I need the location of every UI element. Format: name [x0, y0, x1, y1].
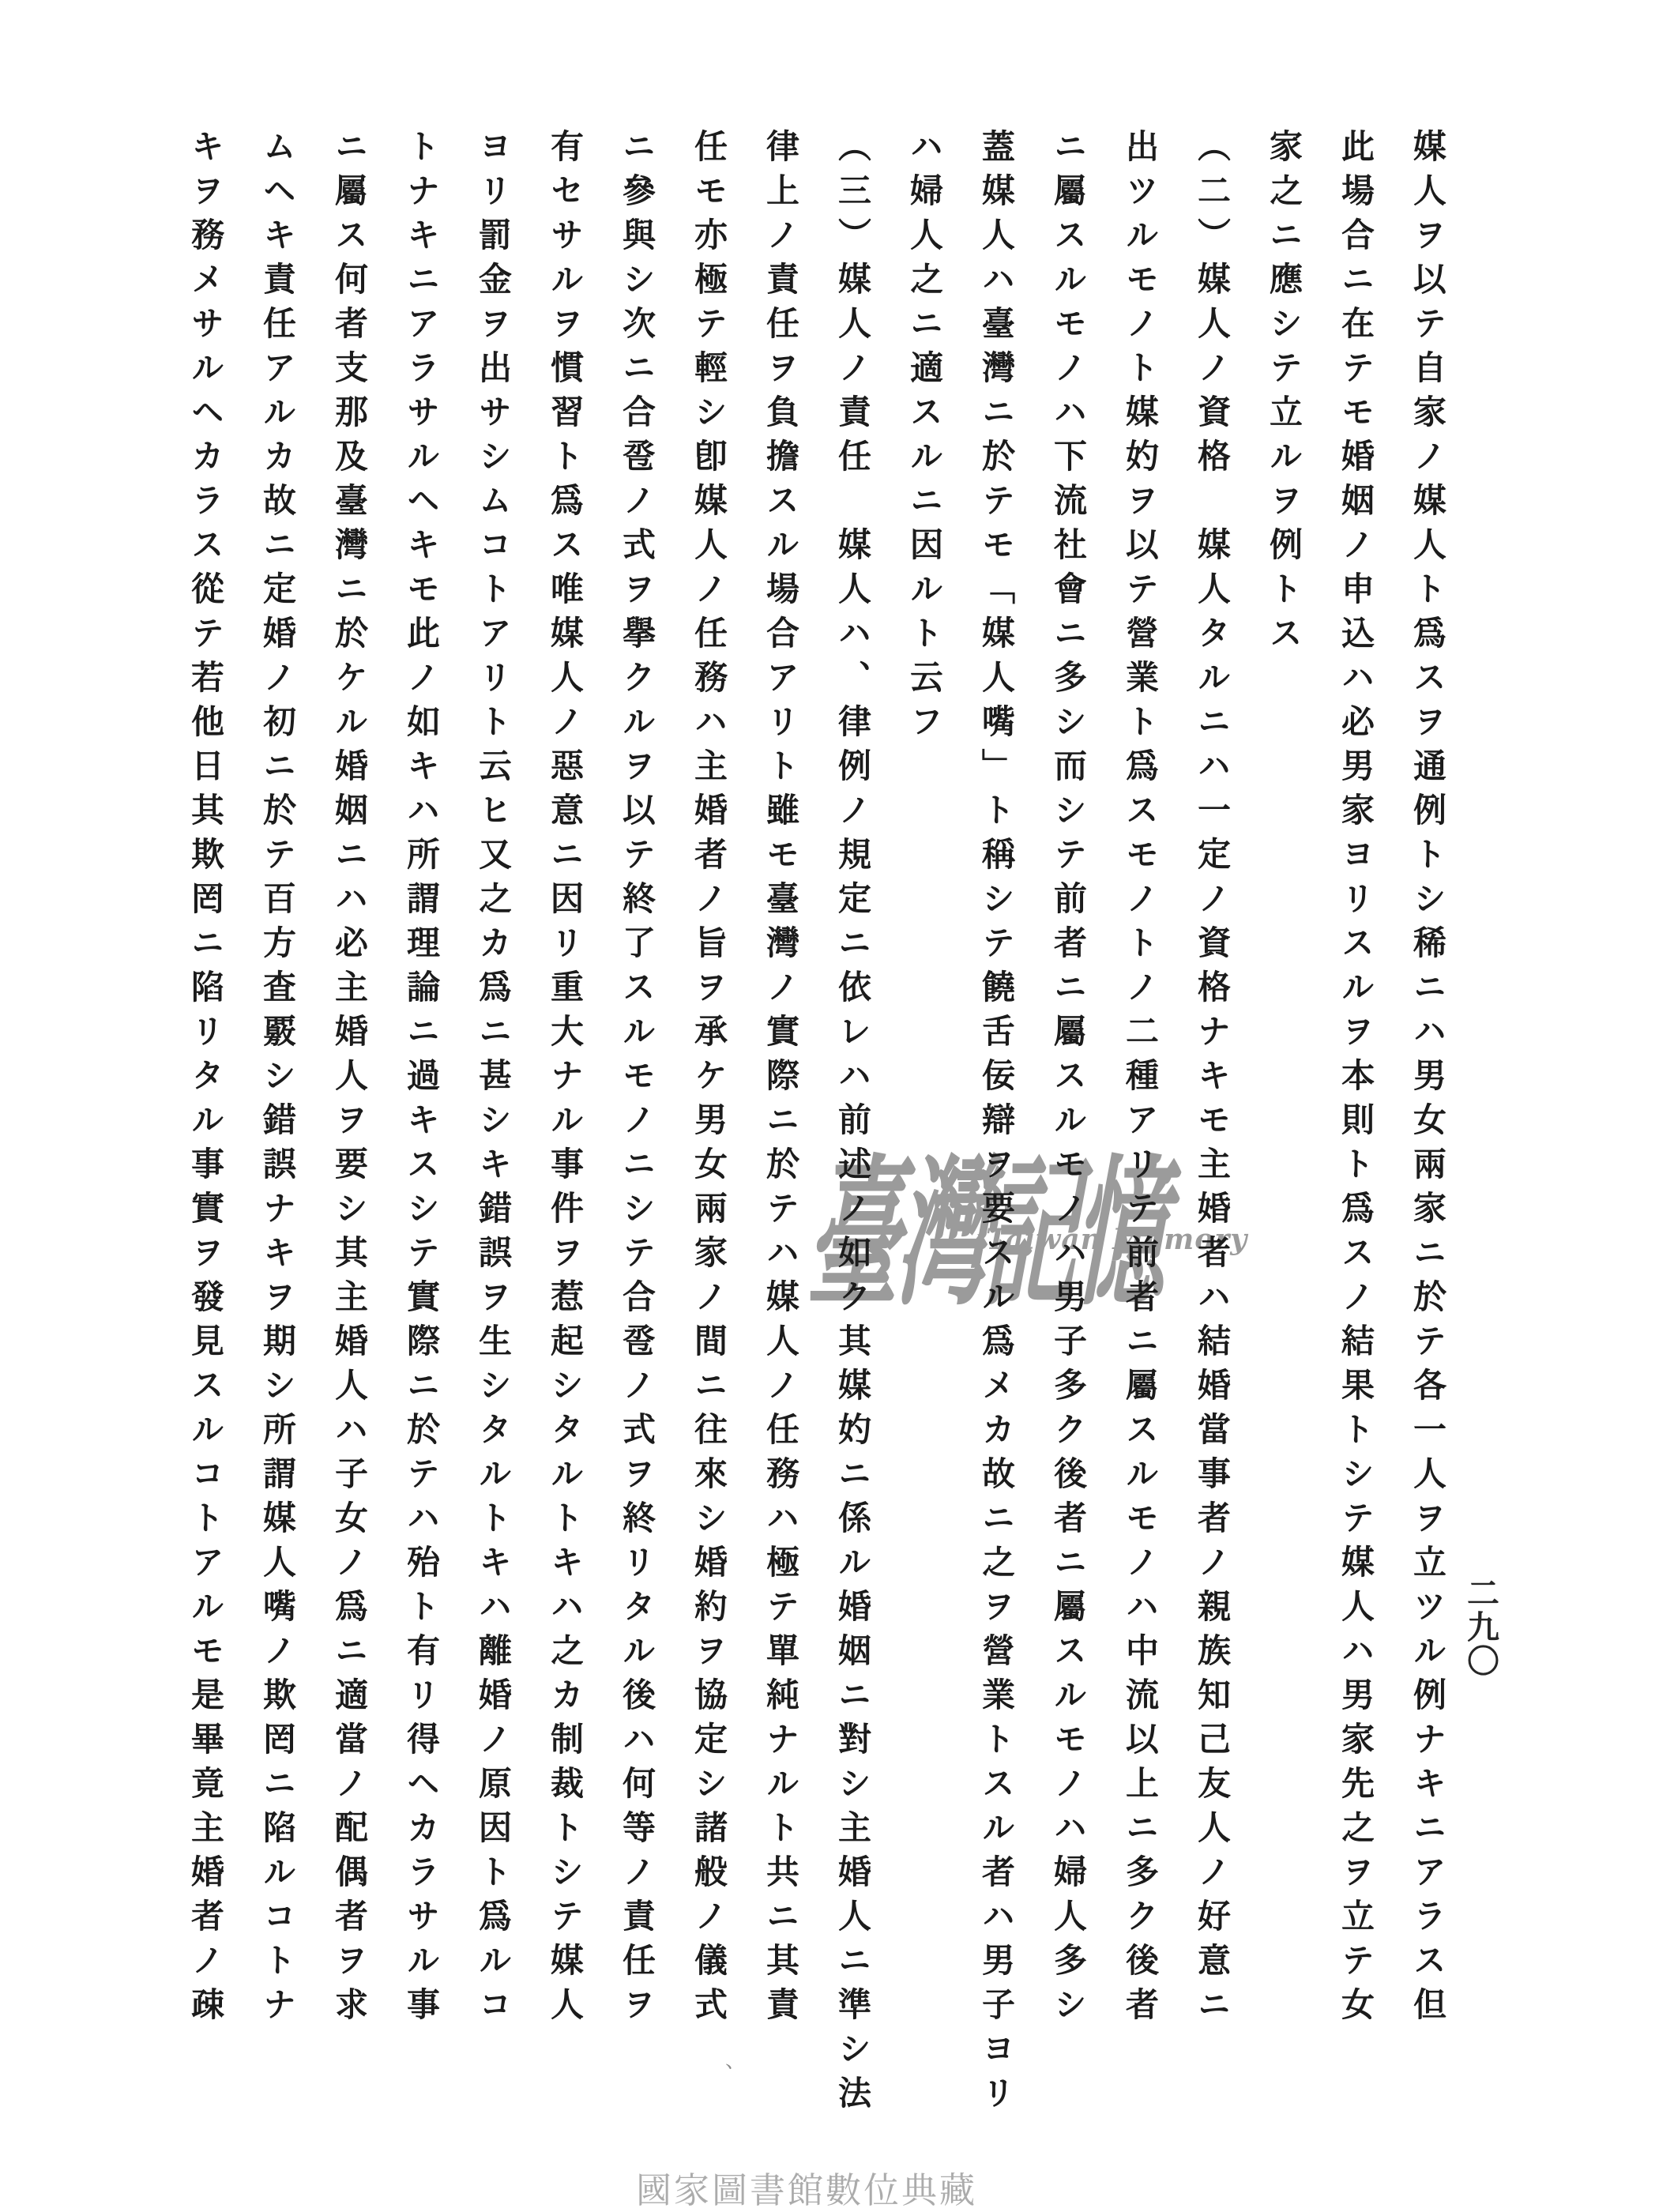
body-text-block: 媒人ヲ以テ自家ノ媒人ト爲スヲ通例トシ稀ニハ男女兩家ニ於テ各一人ヲ立ツル例ナキニア…	[170, 129, 1464, 2199]
text-column: ニ屬ス何者支那及臺灣ニ於ケル婚姻ニハ必主婚人ヲ要シ其主婚人ハ子女ノ爲ニ適當ノ配偶…	[314, 129, 386, 2199]
scan-artifact: 、	[725, 2045, 746, 2074]
text-column: 律上ノ責任ヲ負擔スル場合アリト雖モ臺灣ノ實際ニ於テハ媒人ノ任務ハ極テ單純ナルト共…	[745, 129, 817, 2199]
text-column-section-3-heading: （三）媒人ノ責任 媒人ハ、律例ノ規定ニ依レハ前述ノ如ク其媒妁ニ係ル婚姻ニ對シ主婚…	[817, 129, 889, 2199]
text-column: ヨリ罰金ヲ出サシムコトアリト云ヒ又之カ爲ニ甚シキ錯誤ヲ生シタルトキハ離婚ノ原因ト…	[457, 129, 529, 2199]
footer-caption: 國家圖書館數位典藏	[636, 2161, 977, 2212]
text-column: 媒人ヲ以テ自家ノ媒人ト爲スヲ通例トシ稀ニハ男女兩家ニ於テ各一人ヲ立ツル例ナキニア…	[1392, 129, 1464, 2199]
page-number: 二九〇	[1458, 1576, 1504, 1678]
text-column: ニ參與シ次ニ合卺ノ式ヲ擧クルヲ以テ終了スルモノニシテ合卺ノ式ヲ終リタル後ハ何等ノ…	[601, 129, 673, 2199]
text-column: ニ屬スルモノハ下流社會ニ多シ而シテ前者ニ屬スルモノハ男子多ク後者ニ屬スルモノハ婦…	[1033, 129, 1104, 2199]
text-column: ハ婦人之ニ適スルニ因ルト云フ	[889, 129, 961, 2199]
text-column: 任モ亦極テ輕シ卽媒人ノ任務ハ主婚者ノ旨ヲ承ケ男女兩家ノ間ニ往來シ婚約ヲ協定シ諸般…	[673, 129, 745, 2199]
text-column: 蓋媒人ハ臺灣ニ於テモ「媒人嘴」ト稱シテ饒舌佞辯ヲ要スル爲メカ故ニ之ヲ營業トスル者…	[961, 129, 1033, 2199]
text-column: 此場合ニ在テモ婚姻ノ申込ハ必男家ヨリスルヲ本則ト爲スノ結果トシテ媒人ハ男家先之ヲ…	[1320, 129, 1392, 2199]
text-column: 出ツルモノト媒妁ヲ以テ營業ト爲スモノトノ二種アリテ前者ニ屬スルモノハ中流以上ニ多…	[1104, 129, 1176, 2199]
scanned-book-page: 臺灣記憶 Taiwan Memory 媒人ヲ以テ自家ノ媒人ト爲スヲ通例トシ稀ニハ…	[0, 0, 1659, 2212]
text-column: トナキニアラサルヘキモ此ノ如キハ所謂理論ニ過キスシテ實際ニ於テハ殆ト有リ得ヘカラ…	[386, 129, 457, 2199]
text-column: 有セサルヲ慣習ト爲ス唯媒人ノ惡意ニ因リ重大ナル事件ヲ惹起シタルトキハ之カ制裁トシ…	[529, 129, 601, 2199]
text-column-section-2-heading: （二）媒人ノ資格 媒人タルニハ一定ノ資格ナキモ主婚者ハ結婚當事者ノ親族知己友人ノ…	[1176, 129, 1248, 2199]
text-column: 家之ニ應シテ立ルヲ例トス	[1248, 129, 1320, 2199]
text-column: ムヘキ責任アルカ故ニ定婚ノ初ニ於テ百方査覈シ錯誤ナキヲ期シ所謂媒人嘴ノ欺罔ニ陷ル…	[242, 129, 314, 2199]
text-column: キヲ務メサルヘカラス從テ若他日其欺罔ニ陷リタル事實ヲ發見スルコトアルモ是畢竟主婚…	[170, 129, 242, 2199]
